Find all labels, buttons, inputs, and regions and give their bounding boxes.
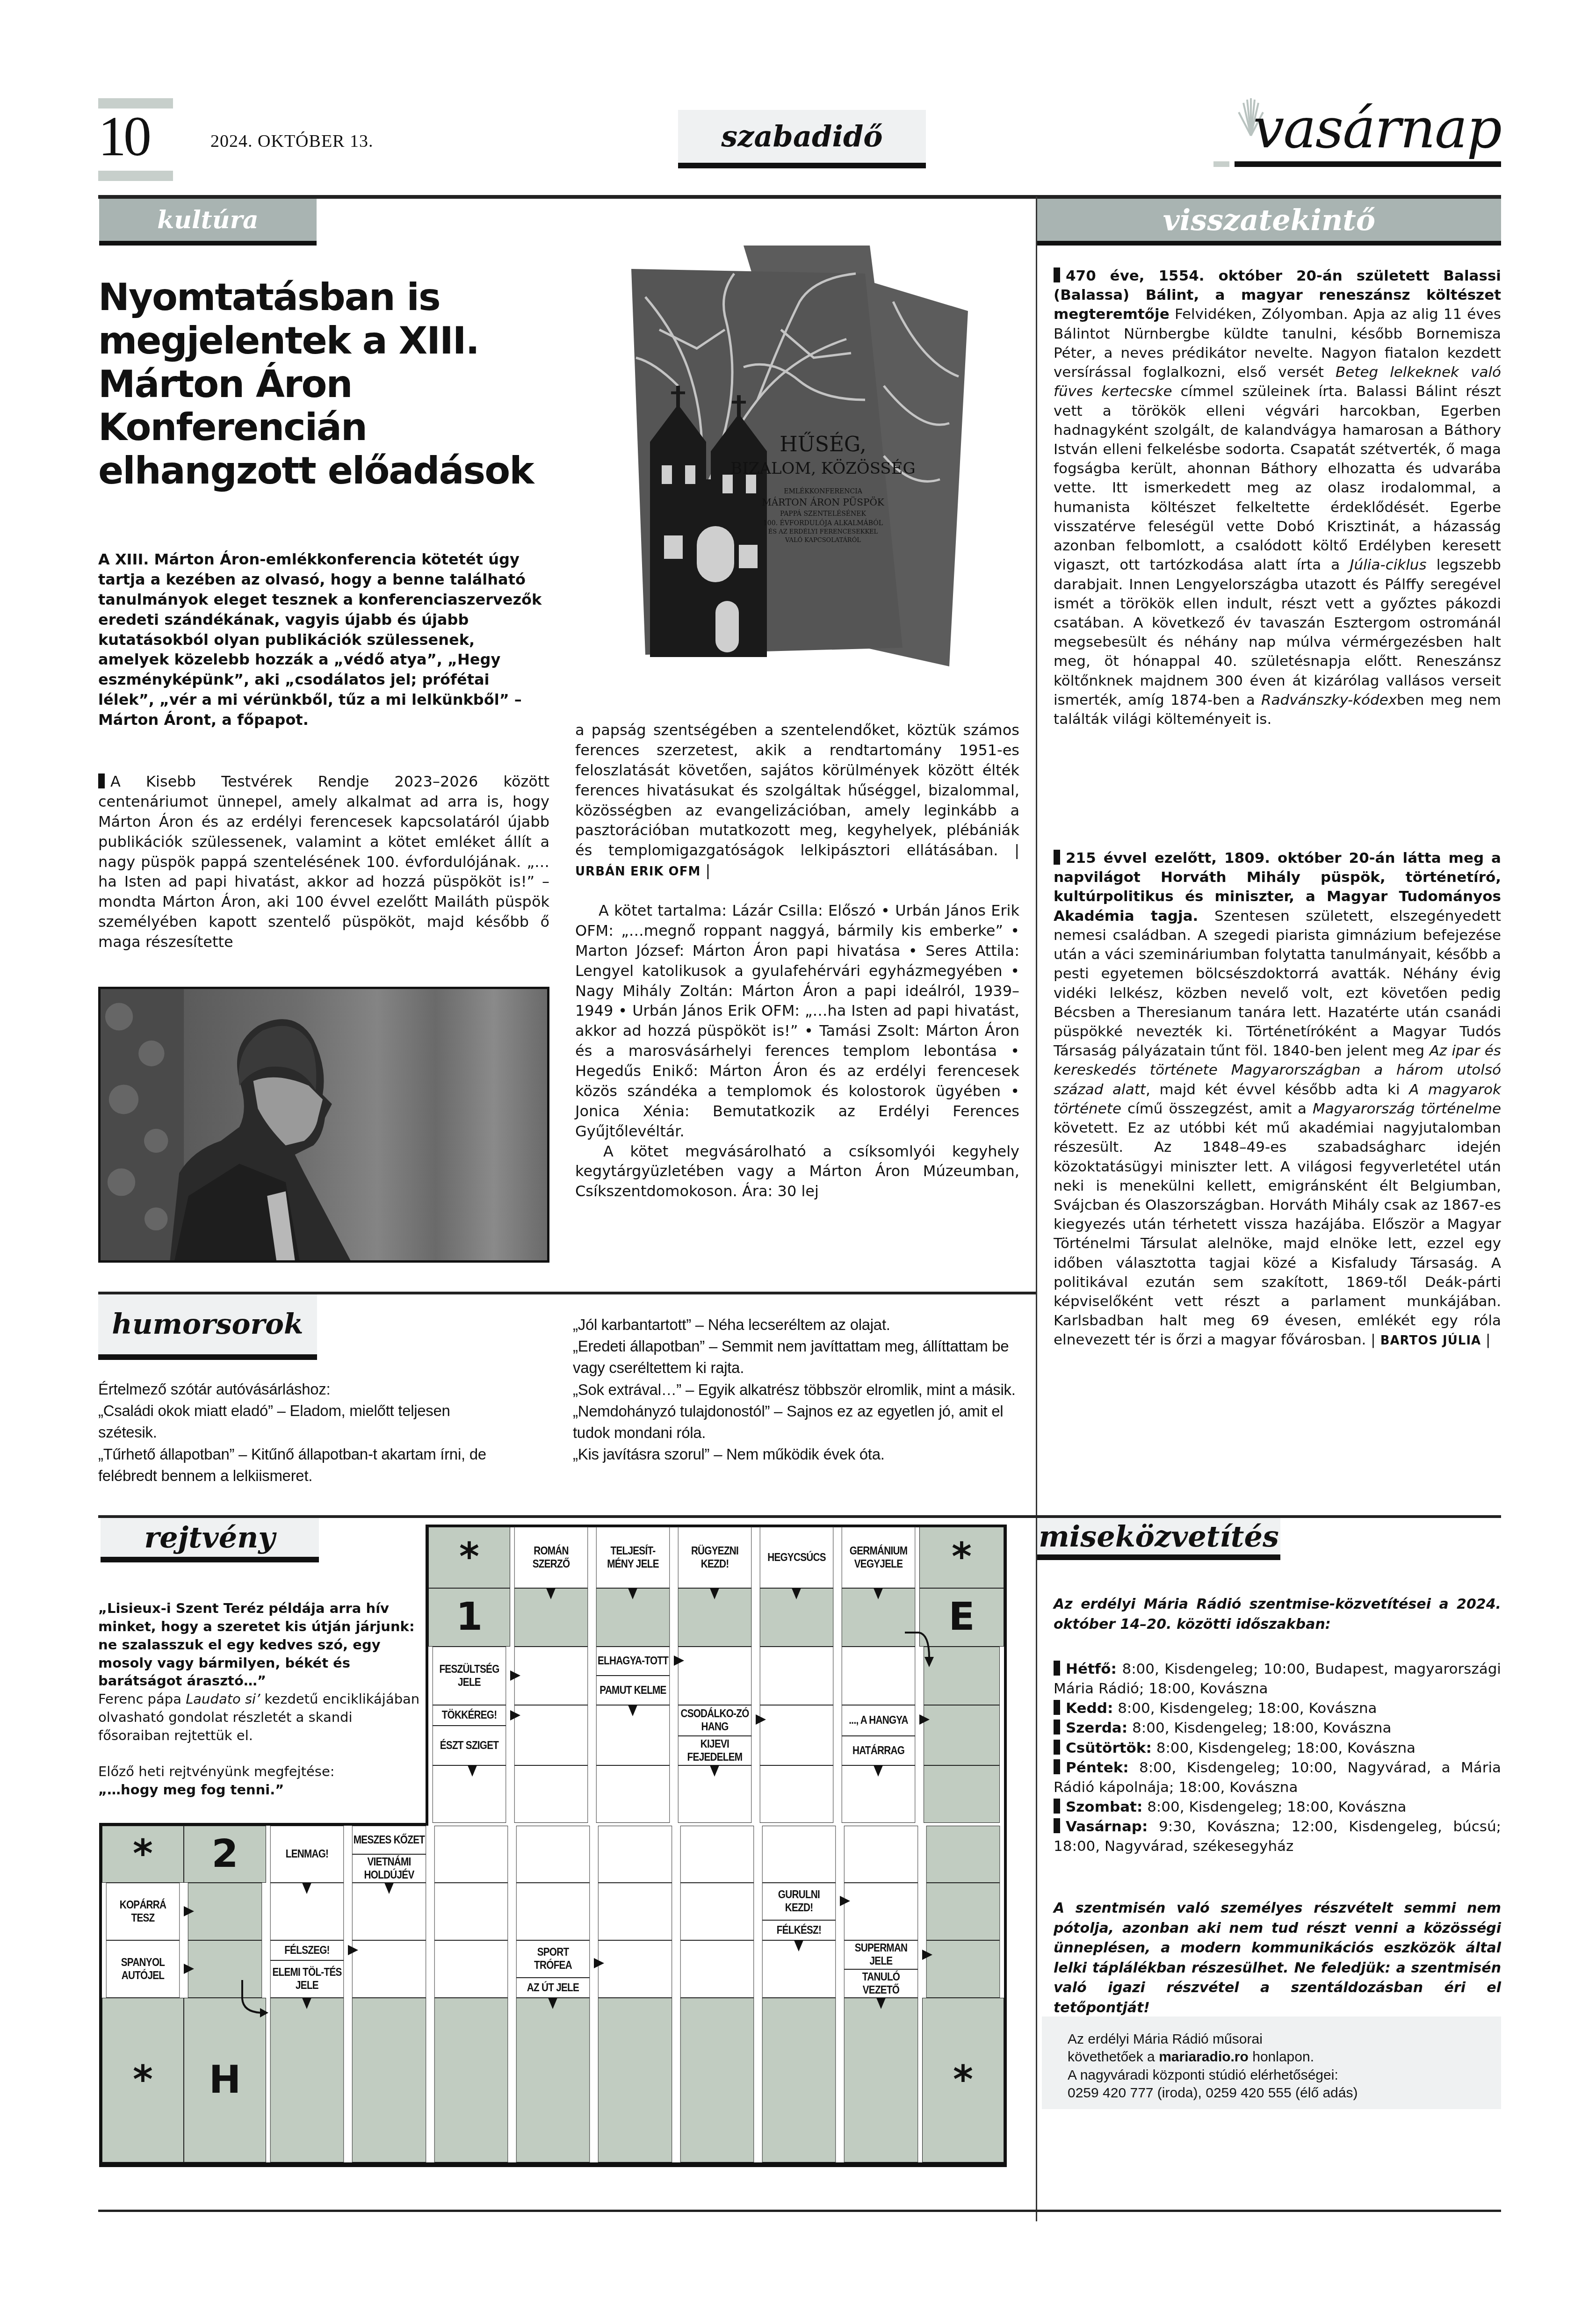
- day-text: 8:00, Kisdengeleg; 18:00, Kovászna: [1152, 1740, 1415, 1756]
- bullet-icon: [1054, 1799, 1060, 1814]
- section-label-text: szabadidő: [721, 119, 882, 153]
- grid-cell-answer[interactable]: [680, 1826, 754, 1883]
- horvath-byline: BARTOS JÚLIA: [1380, 1334, 1481, 1348]
- grid-cell-answer[interactable]: [434, 1998, 508, 2162]
- arrow-right-icon: [840, 1896, 850, 1906]
- grid-cell-letter-h[interactable]: H: [184, 1998, 266, 2162]
- arrow-down-icon: [876, 1998, 886, 2009]
- arrow-right-icon: [919, 1714, 930, 1725]
- grid-border-right: [1004, 1525, 1007, 2165]
- article-headline: Nyomtatásban is megjelentek a XIII. Márt…: [98, 276, 556, 493]
- clue-kijevi-fejedelem: KIJEVI FEJEDELEM: [678, 1736, 752, 1765]
- day-label: Péntek:: [1066, 1759, 1129, 1776]
- radio-phone-numbers: 0259 420 777 (iroda), 0259 420 555 (élő …: [1068, 2084, 1501, 2102]
- day-label: Szerda:: [1066, 1720, 1127, 1736]
- grid-cell-answer[interactable]: [352, 1998, 426, 2162]
- clue-meszes-kozet: MESZES KŐZET: [352, 1826, 426, 1854]
- section-label: szabadidő: [678, 110, 926, 168]
- mass-day-friday: Péntek: 8:00, Kisdengeleg; 10:00, Nagyvá…: [1054, 1758, 1501, 1797]
- grid-cell-answer[interactable]: [926, 1940, 1000, 1998]
- grid-cell-answer[interactable]: [844, 1826, 918, 1883]
- clue-text: GURULNI KEZD!: [763, 1888, 834, 1914]
- given-letter: E: [948, 1594, 975, 1640]
- kicker-kultura-text: kultúra: [157, 206, 259, 234]
- mass-intro: Az erdélyi Mária Rádió szentmise-közvetí…: [1054, 1595, 1501, 1634]
- horvath-text-c: című összegzést, amit a: [1121, 1100, 1313, 1117]
- grid-cell-answer[interactable]: [680, 1940, 754, 1998]
- clue-feszultseg: FESZÜLTSÉG JELE: [433, 1647, 506, 1705]
- arrow-down-icon: [302, 1883, 311, 1894]
- balassi-text-c: legszebb darabjait. Innen Lengyelországb…: [1054, 557, 1501, 708]
- bottom-rule: [98, 2210, 1501, 2212]
- clue-text: LENMAG!: [286, 1848, 329, 1861]
- clue-text: FESZÜLTSÉG JELE: [433, 1663, 505, 1689]
- portrait-photo-marton-aron: [98, 987, 549, 1263]
- humor-line: Értelmező szótár autóvásárláshoz:: [98, 1379, 510, 1400]
- grid-cell-answer[interactable]: [760, 1647, 834, 1705]
- clue-elhagyatott: ELHAGYA-TOTT: [596, 1647, 670, 1676]
- book-title-2: BIZALOM, KÖZÖSSÉG: [730, 459, 915, 478]
- clue-text: SPORT TRÓFEA: [517, 1946, 588, 1972]
- grid-cell-answer[interactable]: [762, 1998, 836, 2162]
- article-paragraph-2: a papság szentségében a szentelendőket, …: [575, 720, 1019, 881]
- previous-solution-label: Előző heti rejtvényünk megfejtése:: [98, 1763, 426, 1781]
- radio-info-line: Az erdélyi Mária Rádió műsorai: [1068, 2031, 1501, 2048]
- clue-text: PAMUT KELME: [599, 1684, 666, 1697]
- newspaper-brand: vasárnap: [1244, 101, 1501, 166]
- page-number: 10: [98, 108, 149, 165]
- bullet-icon: [98, 773, 105, 788]
- clue-eszt-sziget: ÉSZT SZIGET: [433, 1726, 506, 1765]
- bullet-icon: [1054, 1759, 1060, 1774]
- mass-day-monday: Hétfő: 8:00, Kisdengeleg; 10:00, Budapes…: [1054, 1659, 1501, 1698]
- arrow-down-icon: [874, 1765, 883, 1777]
- star-marker: *: [133, 2057, 153, 2103]
- day-text: 8:00, Kisdengeleg; 18:00, Kovászna: [1127, 1720, 1391, 1736]
- bullet-icon: [1054, 1700, 1060, 1715]
- humor-line: „Jól karbantartott” – Néha lecseréltem a…: [573, 1314, 1029, 1336]
- day-label: Szombat:: [1066, 1799, 1142, 1815]
- anniversary-item-balassi: 470 éve, 1554. október 20-án született B…: [1054, 267, 1501, 729]
- book-sub-6: VALÓ KAPCSOLATÁRÓL: [785, 536, 861, 544]
- book-sub-1: EMLÉKKONFERENCIA: [784, 487, 863, 495]
- kicker-misekozvetites-text: miseközvetítés: [1039, 1519, 1279, 1554]
- crossword-lower: * 2 LENMAG! MESZES KŐZET VIETNÁMI HOLDÚJ…: [102, 1826, 1004, 2162]
- article-paragraph-4: A kötet megvásárolható a csíksomlyói keg…: [575, 1142, 1019, 1202]
- clue-pamut-kelme: PAMUT KELME: [596, 1676, 670, 1705]
- bullet-icon: [1054, 1720, 1060, 1735]
- clue-hatarrag: HATÁRRAG: [842, 1736, 916, 1765]
- mass-day-thursday: Csütörtök: 8:00, Kisdengeleg; 18:00, Kov…: [1054, 1738, 1501, 1758]
- puzzle-source: Ferenc pápa Laudato si’ kezdetű enciklik…: [98, 1690, 426, 1745]
- balassi-title-3: Radvánszky-kódex: [1261, 692, 1397, 708]
- mass-day-sunday: Vasárnap: 9:30, Kovászna; 12:00, Kisdeng…: [1054, 1817, 1501, 1856]
- clue-elemi-toltes-jele: ELEMI TÖL-TÉS JELE: [270, 1960, 344, 1998]
- arrow-down-icon: [548, 1998, 557, 2009]
- grid-border-bottom: [99, 2162, 1007, 2167]
- clue-rugyezni-kezd: RÜGYEZNI KEZD!: [678, 1527, 752, 1588]
- star-marker: *: [459, 1534, 479, 1580]
- clue-text: TANULÓ VEZETŐ: [845, 1971, 917, 1996]
- kicker-humorsorok: humorsorok: [98, 1294, 317, 1360]
- humor-line: „Eredeti állapotban” – Semmit nem javítt…: [573, 1336, 1029, 1379]
- article-byline: URBÁN ERIK OFM: [575, 865, 701, 879]
- horvath-text-a: Szentesen született, elszegényedett neme…: [1054, 908, 1501, 1060]
- clue-sport-trofea: SPORT TRÓFEA: [516, 1940, 590, 1978]
- grid-cell-answer[interactable]: [598, 1826, 672, 1883]
- book-cover-image: HŰSÉG, BIZALOM, KÖZÖSSÉG EMLÉKKONFERENCI…: [603, 246, 973, 708]
- bullet-icon: [1054, 850, 1060, 865]
- day-label: Kedd:: [1066, 1700, 1113, 1717]
- clue-text: CSODÁLKO-ZÓ HANG: [679, 1707, 750, 1733]
- article-column-2: a papság szentségében a szentelendőket, …: [575, 720, 1019, 1201]
- star-marker: *: [133, 1831, 153, 1877]
- grid-cell-star[interactable]: *: [102, 1998, 184, 2162]
- grid-cell-answer[interactable]: [842, 1647, 916, 1705]
- clue-felkesz: FÉLKÉSZ!: [762, 1920, 836, 1940]
- humor-line: „Kis javításra szorul” – Nem működik éve…: [573, 1444, 1029, 1465]
- clue-text: AZ ÚT JELE: [527, 1981, 579, 1995]
- book-sub-4: 100. ÉVFORDULÓJA ALKALMÁBÓL: [763, 519, 883, 527]
- page-number-bar-bottom: [98, 171, 173, 181]
- horvath-text-d: követett. Ez az utóbbi két mű akadémiai …: [1054, 1120, 1501, 1348]
- clue-teljesitmeny-jele: TELJESÍT-MÉNY JELE: [596, 1527, 670, 1588]
- clue-vietnami-holdujev: VIETNÁMI HOLDÚJÉV: [352, 1854, 426, 1883]
- clue-text: ..., A HANGYA: [849, 1714, 908, 1727]
- day-label: Csütörtök:: [1066, 1740, 1152, 1756]
- paragraph-2-text: a papság szentségében a szentelendőket, …: [575, 721, 1019, 859]
- arrow-down-icon: [794, 1940, 803, 1951]
- issue-date: 2024. OKTÓBER 13.: [210, 131, 373, 152]
- arrow-right-icon: [184, 1906, 194, 1916]
- grid-cell-answer[interactable]: [924, 1705, 1000, 1765]
- grid-cell-answer[interactable]: [762, 1826, 836, 1883]
- puzzle-quote: „Lisieux-i Szent Teréz példája arra hív …: [98, 1599, 426, 1690]
- grid-cell-answer[interactable]: [514, 1765, 588, 1823]
- day-text: 8:00, Kisdengeleg; 18:00, Kovászna: [1142, 1799, 1406, 1815]
- clue-tokkereg: TÖKKÉREG!: [433, 1705, 506, 1726]
- article-lead: A XIII. Márton Áron-emlékkonferencia köt…: [98, 549, 549, 730]
- grid-cell-answer[interactable]: [516, 1826, 590, 1883]
- curved-arrow-icon: [905, 1630, 942, 1672]
- arrow-right-icon: [756, 1714, 766, 1725]
- brand-rule: [1235, 161, 1501, 167]
- clue-roman-szerzo: ROMÁN SZERZŐ: [514, 1527, 588, 1588]
- clue-text: FÉLSZEG!: [284, 1944, 330, 1957]
- kicker-misekozvetites: miseközvetítés: [1037, 1518, 1280, 1560]
- radio-info-box: Az erdélyi Mária Rádió műsorai követhető…: [1042, 2016, 1501, 2109]
- grid-cell-answer[interactable]: [926, 1883, 1000, 1940]
- grid-cell-answer[interactable]: [678, 1647, 752, 1705]
- arrow-down-icon: [710, 1588, 719, 1599]
- clue-gurulni-kezd: GURULNI KEZD!: [762, 1883, 836, 1920]
- column-divider-right: [1036, 196, 1037, 1548]
- puzzle-source-italic: Laudato si’: [186, 1691, 260, 1707]
- article-paragraph-3: A kötet tartalma: Lázár Csilla: Előszó •…: [575, 901, 1019, 1142]
- humor-right-column: „Jól karbantartott” – Néha lecseréltem a…: [573, 1314, 1029, 1465]
- column-divider-right-lower: [1036, 1520, 1037, 2221]
- arrow-down-icon: [628, 1588, 637, 1599]
- arrow-right-icon: [184, 1964, 194, 1974]
- grid-cell-answer[interactable]: [598, 1940, 672, 1998]
- grid-cell-answer[interactable]: [596, 1765, 670, 1823]
- grid-cell-answer[interactable]: [760, 1765, 834, 1823]
- clue-text: GERMÁNIUM VEGYJELE: [843, 1545, 914, 1570]
- grid-cell-star[interactable]: *: [922, 1998, 1004, 2162]
- grid-cell-star[interactable]: *: [428, 1527, 510, 1588]
- grid-cell-row-number: 2: [184, 1826, 266, 1883]
- brand-rule-square: [1213, 161, 1229, 167]
- clue-text: HEGYCSÚCS: [767, 1551, 826, 1564]
- grid-cell-answer[interactable]: [514, 1647, 588, 1705]
- arrow-down-icon: [710, 1765, 719, 1777]
- book-sub-3: PAPPÁ SZENTELÉSÉNEK: [780, 509, 867, 518]
- clue-text: KIJEVI FEJEDELEM: [679, 1738, 750, 1763]
- humor-line: „Tűrhető állapotban” – Kitűnő állapotban…: [98, 1444, 510, 1487]
- grid-cell-answer[interactable]: [926, 1826, 1000, 1883]
- bullet-icon: [1054, 1740, 1060, 1755]
- grid-cell-answer[interactable]: [516, 1998, 590, 2162]
- clue-text: TELJESÍT-MÉNY JELE: [597, 1545, 668, 1570]
- clue-text: FÉLKÉSZ!: [777, 1924, 821, 1937]
- arrow-down-icon: [468, 1765, 477, 1777]
- clue-text: MESZES KŐZET: [354, 1834, 425, 1847]
- clue-koparra-tesz: KOPÁRRÁ TESZ: [106, 1883, 180, 1940]
- grid-cell-answer[interactable]: [844, 1998, 918, 2162]
- clue-germanium: GERMÁNIUM VEGYJELE: [842, 1527, 916, 1588]
- arrow-down-icon: [384, 1883, 394, 1894]
- arrow-right-icon: [674, 1655, 684, 1666]
- grid-cell-answer[interactable]: [924, 1765, 1000, 1823]
- day-text: 8:00, Kisdengeleg; 18:00, Kovászna: [1113, 1700, 1377, 1717]
- clue-csodalkozo-hang: CSODÁLKO-ZÓ HANG: [678, 1705, 752, 1736]
- mass-day-tuesday: Kedd: 8:00, Kisdengeleg; 18:00, Kovászna: [1054, 1698, 1501, 1718]
- arrow-right-icon: [510, 1670, 520, 1681]
- mass-note: A szentmisén való személyes részvételt s…: [1054, 1899, 1501, 2018]
- arrow-down-icon: [628, 1705, 637, 1716]
- radio-info-text: követhetőek a: [1068, 2049, 1159, 2065]
- arrow-right-icon: [348, 1945, 358, 1955]
- grid-cell-row-number: 1: [428, 1588, 510, 1647]
- clue-text: TÖKKÉREG!: [442, 1709, 497, 1722]
- day-text: 8:00, Kisdengeleg; 10:00, Budapest, magy…: [1054, 1661, 1501, 1697]
- grid-cell-answer[interactable]: [680, 1883, 754, 1940]
- mass-schedule: Hétfő: 8:00, Kisdengeleg; 10:00, Budapes…: [1054, 1659, 1501, 1857]
- anniversary-item-horvath: 215 évvel ezelőtt, 1809. október 20-án l…: [1054, 849, 1501, 1350]
- puzzle-intro: „Lisieux-i Szent Teréz példája arra hív …: [98, 1599, 426, 1799]
- mass-day-saturday: Szombat: 8:00, Kisdengeleg; 18:00, Kovás…: [1054, 1797, 1501, 1817]
- grid-cell-answer[interactable]: [844, 1883, 918, 1940]
- clue-tanulo-vezeto: TANULÓ VEZETŐ: [844, 1969, 918, 1998]
- row-number: 1: [456, 1594, 483, 1640]
- arrow-right-icon: [510, 1710, 520, 1720]
- row-number: 2: [211, 1831, 238, 1877]
- mass-day-wednesday: Szerda: 8:00, Kisdengeleg; 18:00, Kovász…: [1054, 1718, 1501, 1738]
- clue-text: ELEMI TÖL-TÉS JELE: [271, 1966, 342, 1992]
- clue-text: ELHAGYA-TOTT: [598, 1655, 668, 1668]
- balassi-title-2: Júlia-ciklus: [1350, 557, 1426, 573]
- radio-website-link[interactable]: mariaradio.ro: [1159, 2049, 1249, 2065]
- kicker-visszatekinto-text: visszatekintő: [1163, 203, 1375, 237]
- clue-text: VIETNÁMI HOLDÚJÉV: [354, 1856, 425, 1881]
- grid-cell-answer[interactable]: [680, 1998, 754, 2162]
- humor-line: „Sok extrával…” – Egyik alkatrész többsz…: [573, 1379, 1029, 1401]
- kicker-kultura: kultúra: [99, 199, 317, 246]
- balassi-text-b: címmel szüleinek írta. Balassi Bálint ré…: [1054, 383, 1501, 573]
- given-letter: H: [209, 2057, 241, 2103]
- grid-cell-answer[interactable]: [270, 1998, 344, 2162]
- grid-cell-answer[interactable]: [760, 1705, 834, 1765]
- radio-info-line: követhetőek a mariaradio.ro honlapon.: [1068, 2048, 1501, 2066]
- arrow-down-icon: [792, 1588, 801, 1599]
- kicker-humorsorok-text: humorsorok: [112, 1308, 303, 1341]
- clue-text: SUPERMAN JELE: [845, 1942, 917, 1967]
- day-label: Hétfő:: [1066, 1661, 1117, 1677]
- radio-info-line: A nagyváradi központi stúdió elérhetőség…: [1068, 2067, 1501, 2084]
- top-rule: [98, 195, 1501, 199]
- previous-solution-answer: „…hogy meg fog tenni.”: [98, 1781, 426, 1799]
- humor-left-column: Értelmező szótár autóvásárláshoz: „Csalá…: [98, 1379, 510, 1487]
- grid-cell-star[interactable]: *: [102, 1826, 184, 1883]
- humor-line: „Családi okok miatt eladó” – Eladom, mie…: [98, 1400, 510, 1443]
- bullet-icon: [1054, 267, 1060, 282]
- clue-text: RÜGYEZNI KEZD!: [679, 1545, 750, 1570]
- grid-cell-star[interactable]: *: [919, 1527, 1004, 1588]
- bullet-icon: [1054, 1818, 1060, 1833]
- clue-text: ÉSZT SZIGET: [440, 1739, 498, 1752]
- book-sub-2: MÁRTON ÁRON PÜSPÖK: [762, 496, 884, 508]
- portrait-illustration-icon: [101, 989, 547, 1260]
- book-sub-5: ÉS AZ ERDÉLYI FERENCESEKKEL: [768, 528, 878, 535]
- curved-arrow-icon: [238, 1980, 275, 2022]
- book-title-1: HŰSÉG,: [780, 432, 866, 456]
- grid-cell-answer[interactable]: [434, 1940, 508, 1998]
- clue-superman-jele: SUPERMAN JELE: [844, 1940, 918, 1969]
- humor-line: „Nemdohányzó tulajdonostól” – Sajnos ez …: [573, 1401, 1029, 1444]
- arrow-down-icon: [874, 1588, 883, 1599]
- arrow-right-icon: [594, 1958, 604, 1968]
- clue-spanyol-autojel: SPANYOL AUTÓJEL: [106, 1940, 180, 1998]
- paragraph-1-text: A Kisebb Testvérek Rendje 2023–2026 közö…: [98, 773, 549, 951]
- grid-cell-answer[interactable]: [434, 1826, 508, 1883]
- grid-cell-answer[interactable]: [514, 1705, 588, 1765]
- grid-cell-answer[interactable]: [598, 1998, 672, 2162]
- star-marker: *: [952, 1534, 972, 1580]
- clue-text: SPANYOL AUTÓJEL: [107, 1956, 178, 1982]
- kicker-visszatekinto: visszatekintő: [1037, 199, 1501, 246]
- arrow-down-icon: [546, 1588, 556, 1599]
- arrow-right-icon: [922, 1950, 932, 1960]
- grid-cell-answer[interactable]: [598, 1883, 672, 1940]
- puzzle-source-a: Ferenc pápa: [98, 1691, 186, 1707]
- grid-cell-answer[interactable]: [516, 1883, 590, 1940]
- clue-hegycsucs: HEGYCSÚCS: [760, 1527, 834, 1588]
- clue-az-ut-jele: AZ ÚT JELE: [516, 1978, 590, 1998]
- clue-text: ROMÁN SZERZŐ: [515, 1545, 586, 1570]
- horvath-title-3: Magyarország történelme: [1313, 1100, 1501, 1117]
- kicker-rejtveny-text: rejtvény: [144, 1520, 275, 1554]
- clue-lenmag: LENMAG!: [270, 1826, 344, 1883]
- grid-cell-answer[interactable]: [188, 1883, 262, 1940]
- clue-a-hangya: ..., A HANGYA: [842, 1705, 916, 1736]
- radio-info-text: honlapon.: [1249, 2049, 1314, 2065]
- arrow-down-icon: [302, 1998, 311, 2009]
- day-label: Vasárnap:: [1066, 1818, 1148, 1835]
- kicker-rejtveny: rejtvény: [101, 1518, 319, 1562]
- article-paragraph-1: A Kisebb Testvérek Rendje 2023–2026 közö…: [98, 772, 549, 952]
- star-marker: *: [953, 2057, 973, 2103]
- clue-text: HATÁRRAG: [852, 1744, 904, 1757]
- grid-cell-answer[interactable]: [434, 1883, 508, 1940]
- horvath-text-b: , majd két évvel később adta ki: [1146, 1081, 1409, 1098]
- bullet-icon: [1054, 1661, 1060, 1676]
- clue-text: KOPÁRRÁ TESZ: [107, 1899, 178, 1924]
- clue-felszeg: FÉLSZEG!: [270, 1940, 344, 1960]
- grid-cell-answer[interactable]: [352, 1940, 426, 1998]
